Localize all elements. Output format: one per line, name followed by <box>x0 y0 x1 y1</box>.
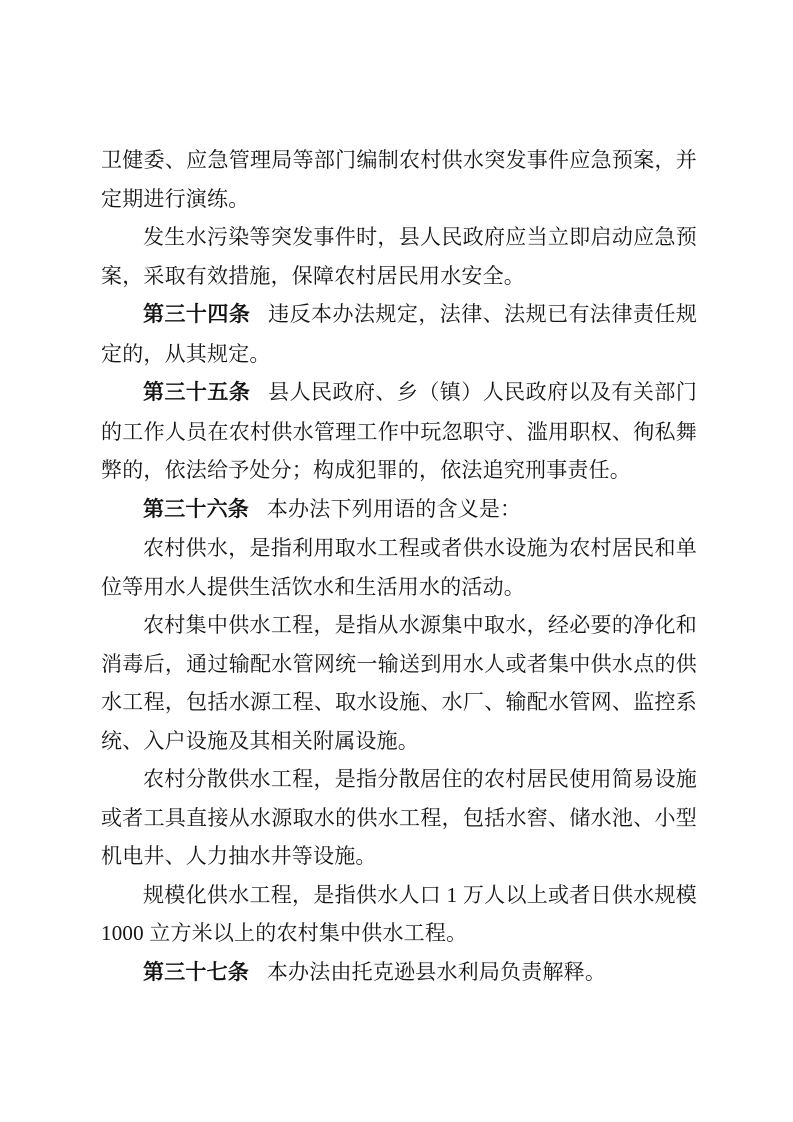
paragraph-text: 农村集中供水工程，是指从水源集中取水，经必要的净化和消毒后，通过输配水管网统一输… <box>101 613 697 753</box>
paragraph-text: 本办法下列用语的含义是： <box>267 497 521 521</box>
paragraph-text: 农村供水，是指利用取水工程或者供水设施为农村居民和单位等用水人提供生活饮水和生活… <box>101 536 697 599</box>
paragraph-continuation: 卫健委、应急管理局等部门编制农村供水突发事件应急预案，并定期进行演练。 <box>101 141 697 218</box>
article-36-number: 第三十六条 <box>143 498 249 521</box>
document-page: 卫健委、应急管理局等部门编制农村供水突发事件应急预案，并定期进行演练。 发生水污… <box>0 0 793 1122</box>
article-34-number: 第三十四条 <box>143 303 250 326</box>
article-37-number: 第三十七条 <box>143 961 249 984</box>
paragraph-article-35: 第三十五条县人民政府、乡（镇）人民政府以及有关部门的工作人员在农村供水管理工作中… <box>101 373 697 490</box>
article-35-number: 第三十五条 <box>143 381 250 404</box>
paragraph-article-37: 第三十七条本办法由托克逊县水利局负责解释。 <box>101 953 697 993</box>
paragraph-definition-rural-water-supply: 农村供水，是指利用取水工程或者供水设施为农村居民和单位等用水人提供生活饮水和生活… <box>101 529 697 606</box>
paragraph-text: 发生水污染等突发事件时，县人民政府应当立即启动应急预案，采取有效措施，保障农村居… <box>101 225 697 288</box>
paragraph-text: 卫健委、应急管理局等部门编制农村供水突发事件应急预案，并定期进行演练。 <box>101 148 697 211</box>
paragraph-emergency-response: 发生水污染等突发事件时，县人民政府应当立即启动应急预案，采取有效措施，保障农村居… <box>101 218 697 295</box>
paragraph-article-34: 第三十四条违反本办法规定，法律、法规已有法律责任规定的，从其规定。 <box>101 295 697 373</box>
paragraph-text: 规模化供水工程，是指供水人口 1 万人以上或者日供水规模 1000 立方米以上的… <box>101 883 697 946</box>
paragraph-text: 农村分散供水工程，是指分散居住的农村居民使用简易设施或者工具直接从水源取水的供水… <box>101 767 697 868</box>
paragraph-text: 本办法由托克逊县水利局负责解释。 <box>267 960 606 984</box>
document-body: 卫健委、应急管理局等部门编制农村供水突发事件应急预案，并定期进行演练。 发生水污… <box>101 141 697 992</box>
paragraph-definition-scaled-project: 规模化供水工程，是指供水人口 1 万人以上或者日供水规模 1000 立方米以上的… <box>101 876 697 953</box>
paragraph-definition-decentralized-project: 农村分散供水工程，是指分散居住的农村居民使用简易设施或者工具直接从水源取水的供水… <box>101 760 697 876</box>
paragraph-definition-centralized-project: 农村集中供水工程，是指从水源集中取水，经必要的净化和消毒后，通过输配水管网统一输… <box>101 606 697 760</box>
paragraph-article-36: 第三十六条本办法下列用语的含义是： <box>101 490 697 530</box>
